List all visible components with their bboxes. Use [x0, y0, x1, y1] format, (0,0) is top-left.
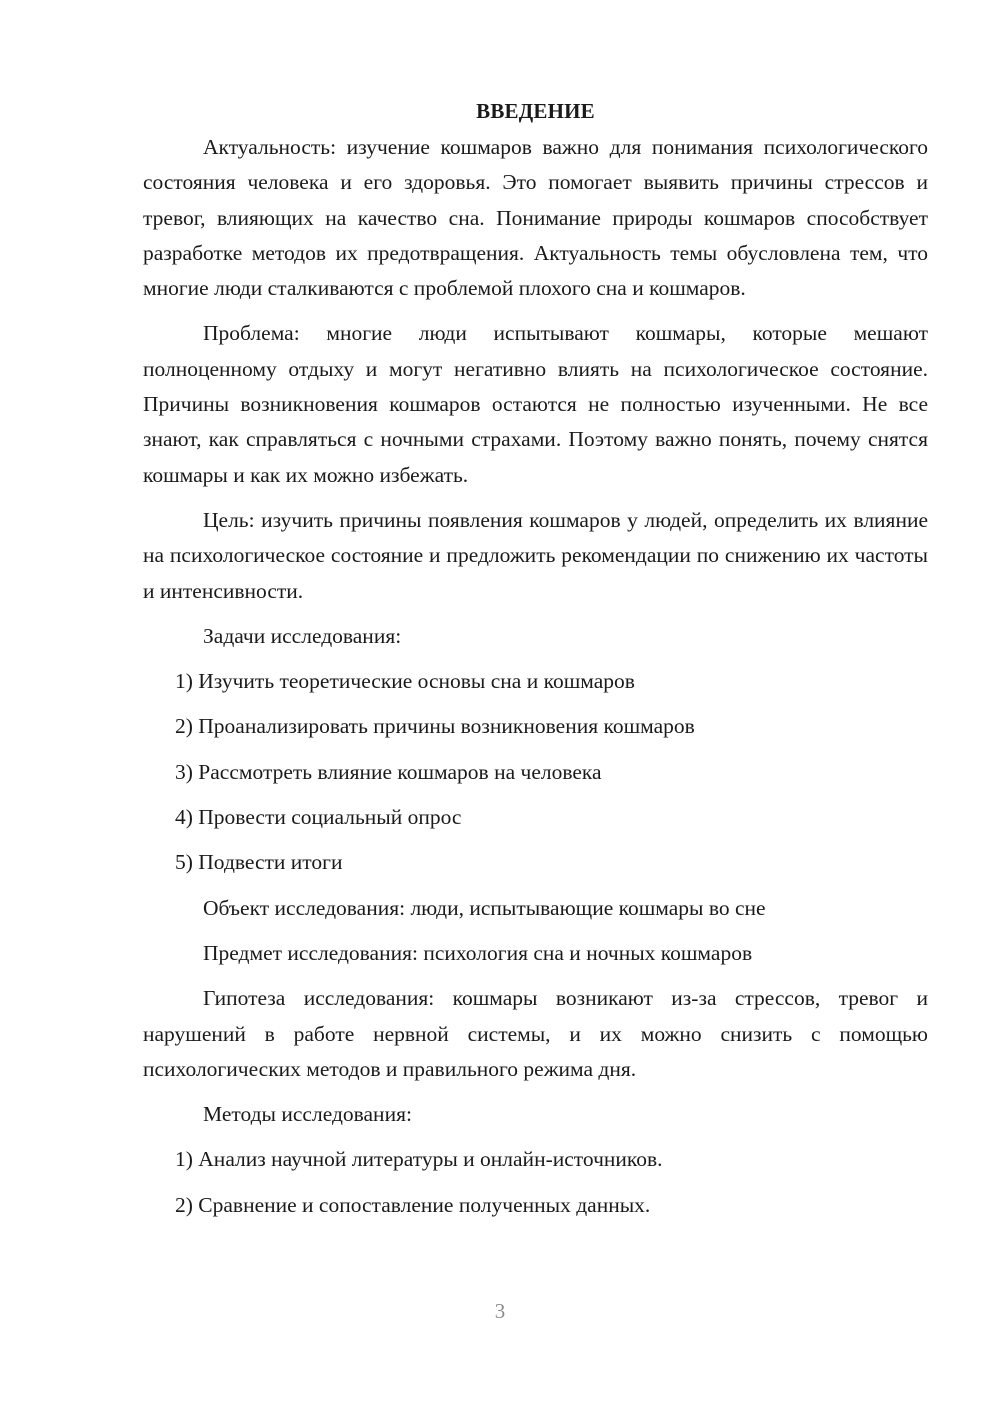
tasks-list: 1) Изучить теоретические основы сна и ко… — [143, 664, 928, 880]
document-page: ВВЕДЕНИЕ Актуальность: изучение кошмаров… — [143, 94, 928, 1233]
research-subject: Предмет исследования: психология сна и н… — [143, 936, 928, 971]
goal-paragraph: Цель: изучить причины появления кошмаров… — [143, 503, 928, 609]
research-object: Объект исследования: люди, испытывающие … — [143, 891, 928, 926]
methods-list: 1) Анализ научной литературы и онлайн-ис… — [143, 1142, 928, 1223]
section-title: ВВЕДЕНИЕ — [143, 94, 928, 128]
methods-heading: Методы исследования: — [143, 1097, 928, 1132]
tasks-heading: Задачи исследования: — [143, 619, 928, 654]
relevance-paragraph: Актуальность: изучение кошмаров важно дл… — [143, 130, 928, 306]
hypothesis-paragraph: Гипотеза исследования: кошмары возникают… — [143, 981, 928, 1087]
page-number: 3 — [0, 1298, 1000, 1324]
problem-paragraph: Проблема: многие люди испытывают кошмары… — [143, 316, 928, 492]
list-item: 1) Анализ научной литературы и онлайн-ис… — [143, 1142, 928, 1177]
list-item: 2) Проанализировать причины возникновени… — [143, 709, 928, 744]
list-item: 2) Сравнение и сопоставление полученных … — [143, 1188, 928, 1223]
list-item: 3) Рассмотреть влияние кошмаров на челов… — [143, 755, 928, 790]
list-item: 5) Подвести итоги — [143, 845, 928, 880]
list-item: 1) Изучить теоретические основы сна и ко… — [143, 664, 928, 699]
list-item: 4) Провести социальный опрос — [143, 800, 928, 835]
